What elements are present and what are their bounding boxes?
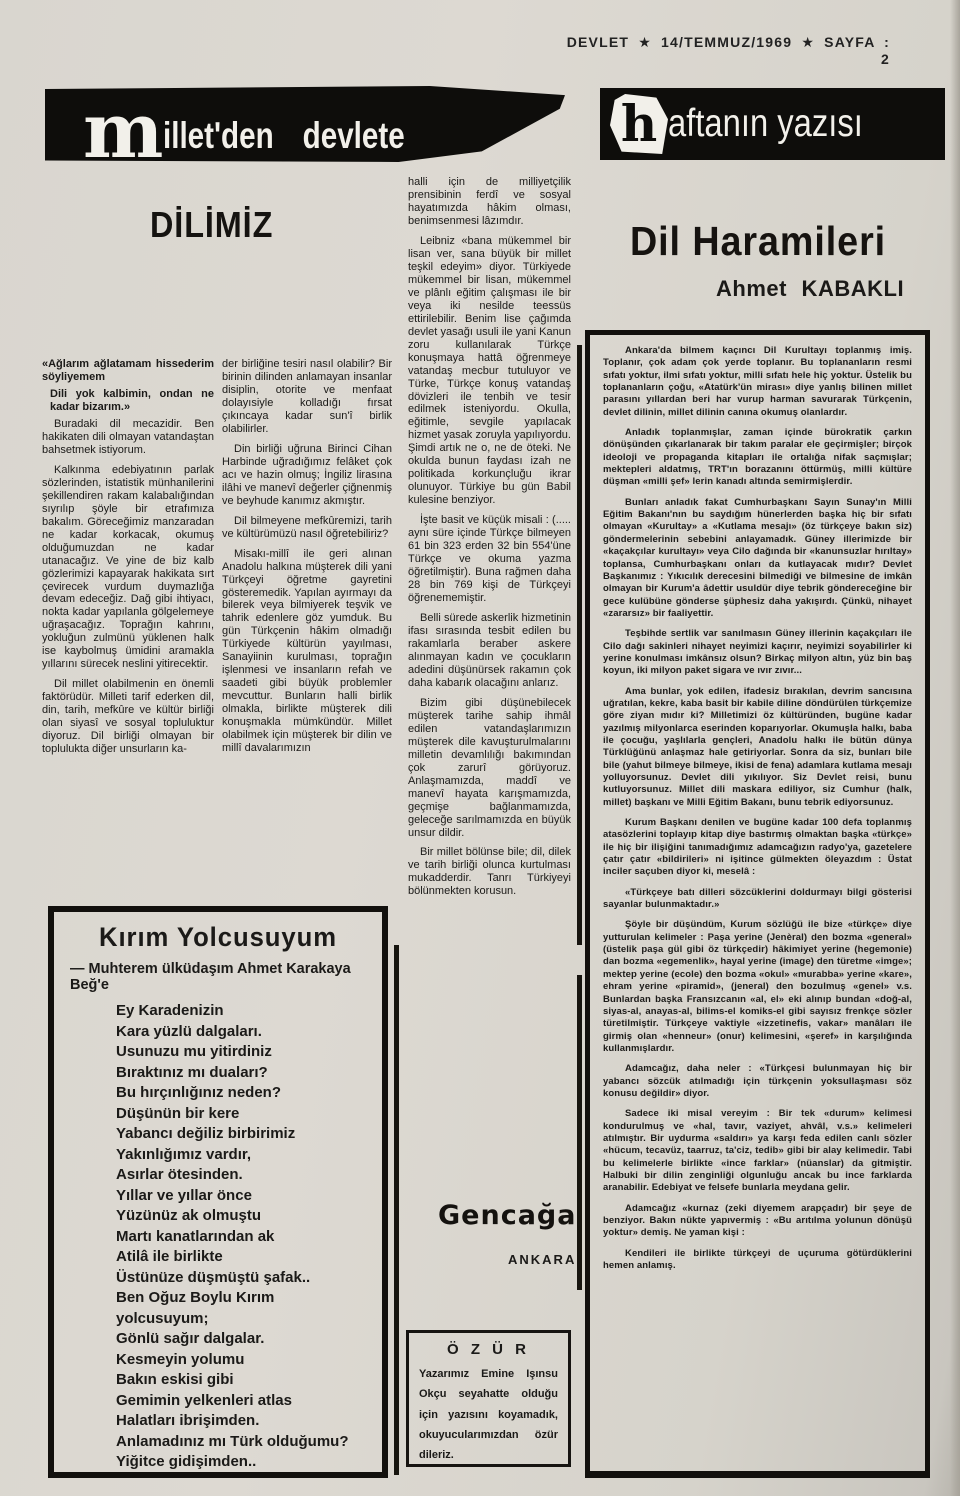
haramileri-author: Ahmet KABAKLI bbox=[716, 276, 904, 302]
column-divider-rule bbox=[577, 345, 582, 945]
poem-line: Bıraktınız mı duaları? bbox=[116, 1063, 368, 1084]
poem-line: Kesmeyin yolumu bbox=[116, 1350, 368, 1371]
paragraph: Bunları anladık fakat Cumhurbaşkanı Sayı… bbox=[603, 497, 912, 620]
paragraph: Dil bilmeyene mefkûremizi, tarih ve kült… bbox=[222, 515, 392, 541]
poem-line: Anlamadınız mı Türk olduğumu? bbox=[116, 1432, 368, 1453]
poem-line: Usunuzu mu yitirdiniz bbox=[116, 1042, 368, 1063]
poem-dedication: — Muhterem ülküdaşım Ahmet Karakaya Beğ'… bbox=[70, 961, 368, 993]
paragraph: «Ağlarım ağlatamam hissederim söyliyemem bbox=[42, 358, 214, 384]
column-divider-rule-lower bbox=[577, 975, 582, 1290]
ozur-title: Ö Z Ü R bbox=[419, 1341, 558, 1358]
author-signature-gencaga: Gencağa bbox=[438, 1200, 576, 1231]
dilimiz-column-3: halli için de milliyetçilik prensibinin … bbox=[408, 176, 571, 1166]
poem-line: Asırlar ötesinden. bbox=[116, 1165, 368, 1186]
paragraph: Bir millet bölünse bile; dil, dilek ve t… bbox=[408, 846, 571, 898]
poem-lines: Ey KaradenizinKara yüzlü dalgaları.Usunu… bbox=[116, 1001, 368, 1473]
paragraph: Kalkınma edebiyatının parlak sözlerinden… bbox=[42, 464, 214, 672]
poem-line: Üstünüze düşmüştü şafak.. bbox=[116, 1268, 368, 1289]
poem-line: Düşünün bir kere bbox=[116, 1104, 368, 1125]
banner-initial-h: h bbox=[621, 99, 657, 149]
poem-line: Yüzünüz ak olmuştu bbox=[116, 1206, 368, 1227]
poem-line: Yıllar ve yıllar önce bbox=[116, 1186, 368, 1207]
poem-line: Ey Karadenizin bbox=[116, 1001, 368, 1022]
banner-left-text: illet'den devlete bbox=[163, 112, 405, 160]
poem-box: Kırım Yolcusuyum — Muhterem ülküdaşım Ah… bbox=[48, 906, 388, 1478]
dilimiz-column-1: «Ağlarım ağlatamam hissederim söyliyemem… bbox=[42, 358, 214, 898]
haramileri-article-box: Ankara'da bilmem kaçıncı Dil Kurultayı t… bbox=[585, 330, 930, 1478]
paragraph: Dil millet olabilmenin en önemli faktörü… bbox=[42, 678, 214, 756]
haftanin-yazisi-banner: haftanın yazısı bbox=[600, 88, 945, 160]
paragraph: halli için de milliyetçilik prensibinin … bbox=[408, 176, 571, 228]
paragraph: Anladık toplanmışlar, zaman içinde bürok… bbox=[603, 427, 912, 489]
poem-line: Martı kanatlarından ak bbox=[116, 1227, 368, 1248]
poem-line: Gemimin yelkenleri atlas bbox=[116, 1391, 368, 1412]
poem-line: Gönlü sağır dalgalar. bbox=[116, 1329, 368, 1350]
poem-line: Kara yüzlü dalgaları. bbox=[116, 1022, 368, 1043]
poem-title: Kırım Yolcusuyum bbox=[76, 922, 361, 953]
paragraph: İşte basit ve küçük misali : (..... aynı… bbox=[408, 514, 571, 605]
paragraph: Kurum Başkanı denilen ve bugüne kadar 10… bbox=[603, 817, 912, 879]
poem-signature: Refet KÖRÜKLÜ bbox=[68, 1475, 350, 1479]
dilimiz-column-2: der birliğine tesiri nasıl olabilir? Bir… bbox=[222, 358, 392, 918]
paragraph: Kendileri ile birlikte türkçeyi de uçuru… bbox=[603, 1248, 912, 1273]
paragraph: Ama bunlar, yok edilen, ifadesiz bırakıl… bbox=[603, 686, 912, 809]
paragraph: Adamcağız «kurnaz (zeki diyemem arapçadı… bbox=[603, 1203, 912, 1240]
banner-h-shape: h bbox=[610, 94, 668, 154]
paper-edge-shadow bbox=[950, 0, 960, 1496]
page-header: DEVLET ★ 14/TEMMUZ/1969 ★ SAYFA : 2 bbox=[560, 34, 890, 67]
poem-line: Bakın eskisi gibi bbox=[116, 1370, 368, 1391]
banner-right-text: aftanın yazısı bbox=[668, 102, 863, 146]
poem-line: Atilâ ile birlikte bbox=[116, 1247, 368, 1268]
location-ankara: ANKARA bbox=[508, 1252, 576, 1267]
paragraph: Sadece iki misal vereyim : Bir tek «duru… bbox=[603, 1108, 912, 1194]
paragraph: «Türkçeye batı dilleri sözcüklerini dold… bbox=[603, 887, 912, 912]
ozur-notice-box: Ö Z Ü R Yazarımız Emine Işınsu Okçu seya… bbox=[406, 1330, 571, 1467]
poem-line: Yiğitce gidişimden.. bbox=[116, 1452, 368, 1473]
poem-line: Bu hırçınlığınız neden? bbox=[116, 1083, 368, 1104]
paragraph: Belli sürede askerlik hizmetinin ifası s… bbox=[408, 612, 571, 690]
bottom-column-divider-rule bbox=[394, 945, 399, 1475]
dilimiz-article-title: DİLİMİZ bbox=[150, 204, 267, 246]
paragraph: Buradaki dil mecazidir. Ben hakikaten di… bbox=[42, 418, 214, 457]
paragraph: Şöyle bir düşündüm, Kurum sözlüğü ile bi… bbox=[603, 919, 912, 1055]
paragraph: der birliğine tesiri nasıl olabilir? Bir… bbox=[222, 358, 392, 436]
paragraph: Misakı-millî ile geri alınan Anadolu hal… bbox=[222, 548, 392, 756]
paragraph: Din birliği uğruna Birinci Cihan Harbind… bbox=[222, 443, 392, 508]
paragraph: Bizim gibi düşünebilecek müşterek tarihe… bbox=[408, 697, 571, 840]
haramileri-article-title: Dil Haramileri bbox=[630, 218, 886, 265]
paragraph: Dili yok kalbimin, ondan ne kadar bizarı… bbox=[42, 388, 214, 414]
poem-line: Yakınlığımız vardır, bbox=[116, 1145, 368, 1166]
paragraph: Adamcağız, daha neler : «Türkçesi bulunm… bbox=[603, 1063, 912, 1100]
banner-initial-m: m bbox=[83, 102, 163, 160]
paragraph: Teşbihde sertlik var sanılmasın Güney il… bbox=[603, 628, 912, 677]
paragraph: Leibniz «bana mükemmel bir lisan ver, sa… bbox=[408, 235, 571, 507]
paragraph: Ankara'da bilmem kaçıncı Dil Kurultayı t… bbox=[603, 345, 912, 419]
ozur-text: Yazarımız Emine Işınsu Okçu seyahatte ol… bbox=[419, 1364, 558, 1466]
poem-line: Halatları ibrişimden. bbox=[116, 1411, 368, 1432]
poem-line: Yabancı değiliz birbirimiz bbox=[116, 1124, 368, 1145]
poem-line: Ben Oğuz Boylu Kırım yolcusuyum; bbox=[116, 1288, 368, 1329]
millet-den-devlete-banner: millet'den devlete bbox=[45, 86, 565, 162]
